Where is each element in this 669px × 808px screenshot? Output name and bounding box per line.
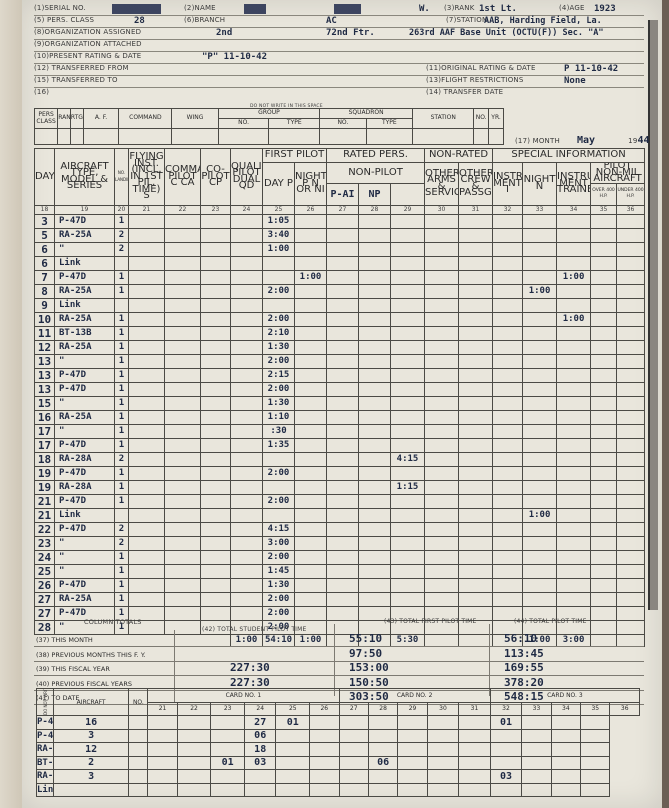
log-rated-np: 4:15 [391,452,425,466]
column-number-row: 18 19 20 21 22 23 24 25 26 27 28 29 30 3… [35,205,645,214]
first-pilot-time-label: (43) TOTAL FIRST PILOT TIME [384,618,477,625]
log-day-pilot [263,270,295,284]
log-day: 7 [35,270,55,284]
log-day-pilot: 1:30 [263,578,295,592]
transferred-to-label: (15) TRANSFERRED TO [34,76,118,84]
log-night-pilot [295,522,327,536]
log-day: 16 [35,410,55,424]
log-day-pilot: 1:30 [263,340,295,354]
log-day: 8 [35,284,55,298]
code-squadron-type: TYPE [366,119,412,129]
student-pilot-time: 227:30 [230,676,270,689]
card-col-number: 28 [368,702,397,716]
log-aircraft: " [55,536,115,550]
log-instrument-trainer: 1:00 [557,270,591,284]
log-night [523,340,557,354]
log-instrument-trainer [557,326,591,340]
th-pilot-non-mil: PILOT NON-MIL AIRCRAFT [591,163,645,184]
flight-log-row: 21P-47D12:00 [35,494,645,508]
log-day: 17 [35,438,55,452]
log-night [523,214,557,228]
card-row: Link [37,783,640,797]
code-pers-class: PERS CLASS [35,109,58,129]
log-night [523,242,557,256]
org-assigned-label: (8)ORGANIZATION ASSIGNED [34,28,141,36]
log-aircraft: P-47D [55,522,115,536]
log-night-pilot [295,214,327,228]
log-night [523,494,557,508]
log-landings: 1 [115,564,129,578]
flight-log-row: 10RA-25A12:001:00 [35,312,645,326]
log-rated-np [391,312,425,326]
log-day-pilot: 1:00 [263,242,295,256]
flight-log-row: 13P-47D12:15 [35,368,645,382]
card-rows: P-47D16270101P-47D306RA-25A1218BT-13B201… [37,716,640,797]
card-c25 [244,770,276,784]
code-yr: YR. [489,109,504,129]
log-instrument [493,592,523,606]
card-no: 3 [53,770,129,784]
flight-log-row: 13"12:00 [35,354,645,368]
log-day-pilot: 2:15 [263,368,295,382]
card-c33 [490,783,522,797]
log-day-pilot: 4:15 [263,522,295,536]
log-night [523,312,557,326]
log-day: 10 [35,312,55,326]
card-c24 [211,743,245,757]
log-aircraft: " [55,242,115,256]
log-rated-np [391,326,425,340]
log-night [523,396,557,410]
th-over-400: OVER 400 H.P. [591,183,617,205]
code-command: COMMAND [119,109,172,129]
th-other-crew: OTHER CREW & PASSGR [459,163,493,206]
flight-restrictions-value: None [564,76,586,86]
log-landings: 1 [115,354,129,368]
first-pilot-time: 150:50 [349,676,389,689]
pers-class-label: (5) PERS. CLASS [34,16,94,24]
log-instrument-trainer: 1:00 [557,312,591,326]
log-aircraft: P-47D [55,494,115,508]
log-landings: 2 [115,242,129,256]
log-night-pilot [295,606,327,620]
card-col-number: 27 [339,702,368,716]
log-rated-np [391,550,425,564]
total-pilot-time: 113:45 [504,647,544,660]
card1-label: CARD NO. 1 [148,689,339,703]
card-c29: 06 [368,756,397,770]
flight-log-row: 23"23:00 [35,536,645,550]
log-night [523,298,557,312]
log-instrument [493,452,523,466]
flight-log-row: 7P-47D11:001:00 [35,270,645,284]
log-night-pilot [295,592,327,606]
cards-side-label: DO NOT WRITE IN THIS SPACE [37,689,54,716]
log-instrument [493,354,523,368]
card-c26 [276,729,310,743]
log-day: 21 [35,494,55,508]
flight-log-row: 24"12:00 [35,550,645,564]
item16-label: (16) [34,88,49,96]
flight-log-row: 15"11:30 [35,396,645,410]
log-night-pilot [295,536,327,550]
flight-log-row: 16RA-25A11:10 [35,410,645,424]
log-instrument-trainer [557,298,591,312]
log-instrument-trainer [557,494,591,508]
th-landings: NO. LANDINGS [115,149,129,206]
log-day-pilot: 2:00 [263,354,295,368]
org-assigned-value: 2nd [216,28,232,38]
code-squadron: SQUADRON [320,109,413,119]
log-landings: 1 [115,284,129,298]
transferred-from-label: (12) TRANSFERRED FROM [34,64,129,72]
card-c25: 27 [244,716,276,730]
log-day-pilot: 2:00 [263,592,295,606]
log-instrument-trainer [557,340,591,354]
log-night-pilot [295,424,327,438]
log-instrument-trainer [557,466,591,480]
log-day: 15 [35,396,55,410]
log-night-pilot [295,242,327,256]
log-instrument [493,522,523,536]
totals-row: (38) PREVIOUS MONTHS THIS F. Y.97:50113:… [34,647,644,662]
log-aircraft: P-47D [55,368,115,382]
log-night-pilot [295,340,327,354]
log-aircraft: Link [55,256,115,270]
log-instrument [493,396,523,410]
first-pilot-time: 55:10 [349,632,382,645]
log-aircraft: P-47D [55,466,115,480]
code-wing: WING [172,109,218,129]
org-attached-label: (9)ORGANIZATION ATTACHED [34,40,142,48]
log-landings: 1 [115,550,129,564]
name-label: (2)NAME [184,4,216,12]
log-night [523,578,557,592]
log-day-pilot: 2:00 [263,382,295,396]
card-no [53,783,129,797]
th-night-p: NIGHT P N OR NI [295,163,327,206]
log-landings: 2 [115,536,129,550]
serial-value: O-XXXXXXX [112,4,161,14]
log-night-pilot [295,368,327,382]
code-rank: RANK [58,109,71,129]
log-night [523,438,557,452]
flight-log-row: 27RA-25A12:00 [35,592,645,606]
card-row: BT-13B2010306 [37,756,640,770]
log-rated-np [391,578,425,592]
log-instrument-trainer [557,382,591,396]
code-block: PERS CLASS RANK RTG A. F. COMMAND WING G… [34,108,504,145]
log-night [523,452,557,466]
log-rated-np [391,340,425,354]
log-instrument-trainer [557,452,591,466]
log-instrument [493,214,523,228]
log-rated-np [391,256,425,270]
th-under-400: UNDER 400 H.P. [617,183,645,205]
log-landings: 1 [115,270,129,284]
card-c24 [211,783,245,797]
log-rated-np [391,536,425,550]
log-landings: 2 [115,452,129,466]
card-col-number: 31 [459,702,491,716]
th-instrument: INSTRU-MENT I [493,163,523,206]
th-day-p: DAY P [263,163,295,206]
log-aircraft: RA-28A [55,480,115,494]
log-rated-np [391,592,425,606]
log-aircraft: RA-28A [55,452,115,466]
log-landings [115,508,129,522]
log-day-pilot: 1:10 [263,410,295,424]
log-day: 27 [35,606,55,620]
log-night [523,522,557,536]
log-instrument-trainer [557,228,591,242]
log-day-pilot: 2:00 [263,494,295,508]
totals-row: (37) THIS MONTH55:1056:10 [34,632,644,647]
cards-no-label: NO. [129,689,148,716]
log-aircraft: P-47D [55,214,115,228]
card-row: RA-25A1218 [37,743,640,757]
card-c33 [490,743,522,757]
log-landings [115,298,129,312]
log-instrument [493,508,523,522]
log-day-pilot: :30 [263,424,295,438]
th-qualified-pilot: QUALIFIED PILOT DUAL QD [231,149,263,206]
log-landings [115,256,129,270]
flight-log-row: 6"21:00 [35,242,645,256]
log-aircraft: RA-25A [55,228,115,242]
log-day-pilot [263,508,295,522]
log-night: 1:00 [523,508,557,522]
total-pilot-time: 169:55 [504,661,544,674]
log-day-pilot: 2:00 [263,312,295,326]
log-aircraft: " [55,564,115,578]
log-rated-np [391,270,425,284]
log-rated-np [391,298,425,312]
log-day: 27 [35,592,55,606]
log-day: 21 [35,508,55,522]
log-instrument [493,270,523,284]
log-instrument-trainer [557,368,591,382]
log-aircraft: " [55,424,115,438]
card-no: 12 [53,743,129,757]
log-night-pilot [295,284,327,298]
do-not-write-note: DO NOT WRITE IN THIS SPACE [250,104,323,109]
log-rated-np [391,396,425,410]
log-night-pilot [295,466,327,480]
flight-log-row: 6Link [35,256,645,270]
flight-log-row: 25"11:45 [35,564,645,578]
log-night: 1:00 [523,284,557,298]
log-rated-np [391,382,425,396]
flight-log-row: 26P-47D11:30 [35,578,645,592]
log-night [523,256,557,270]
log-night-pilot [295,508,327,522]
log-instrument [493,368,523,382]
log-aircraft: Link [55,298,115,312]
log-landings: 1 [115,466,129,480]
branch-value: AC [326,16,337,26]
total-pilot-time: 56:10 [504,632,537,645]
log-instrument-trainer [557,550,591,564]
card-c24 [211,770,245,784]
th-aircraft: AIRCRAFT TYPE, MODEL & SERIES [55,149,115,206]
log-rated-np [391,424,425,438]
code-group-no: NO. [218,119,269,129]
log-instrument-trainer [557,564,591,578]
present-rating-value: "P" 11-10-42 [202,52,267,62]
log-instrument [493,550,523,564]
log-day: 24 [35,550,55,564]
log-rated-np [391,284,425,298]
log-aircraft: RA-25A [55,592,115,606]
log-day-pilot: 3:40 [263,228,295,242]
totals-row: (39) THIS FISCAL YEAR227:30153:00169:55 [34,661,644,676]
th-night: NIGHT N [523,163,557,206]
student-pilot-time: 227:30 [230,661,270,674]
log-landings: 1 [115,214,129,228]
log-day: 17 [35,424,55,438]
log-night-pilot [295,312,327,326]
log-landings: 1 [115,382,129,396]
totals-row-label: (38) PREVIOUS MONTHS THIS F. Y. [36,651,146,659]
log-day: 19 [35,466,55,480]
flight-restrictions-label: (13)FLIGHT RESTRICTIONS [426,76,524,84]
log-night [523,536,557,550]
log-instrument-trainer [557,480,591,494]
flight-log-row: 22P-47D24:15 [35,522,645,536]
log-day-pilot [263,480,295,494]
log-instrument [493,466,523,480]
log-aircraft: RA-25A [55,312,115,326]
log-instrument [493,256,523,270]
log-rated-np [391,522,425,536]
log-rated-np [391,564,425,578]
log-day: 25 [35,564,55,578]
card-c29 [368,783,397,797]
log-night-pilot [295,354,327,368]
code-group: GROUP [218,109,319,119]
log-night [523,480,557,494]
log-night [523,592,557,606]
log-night-pilot [295,550,327,564]
card-aircraft: RA-25A [37,743,54,757]
log-night [523,424,557,438]
log-aircraft: RA-25A [55,340,115,354]
pers-class-value: 28 [134,16,145,26]
log-night [523,410,557,424]
log-instrument-trainer [557,396,591,410]
log-instrument-trainer [557,438,591,452]
card-c29 [368,743,397,757]
flight-log-row: 8RA-25A12:001:00 [35,284,645,298]
card-aircraft: BT-13B [37,756,54,770]
log-day: 13 [35,368,55,382]
log-day-pilot: 2:00 [263,284,295,298]
log-instrument [493,312,523,326]
present-rating-label: (10)PRESENT RATING & DATE [34,52,141,60]
card-c26: 01 [276,716,310,730]
card-c26 [276,756,310,770]
log-instrument [493,410,523,424]
th-first-pilot: FIRST PILOT [263,149,327,163]
log-landings: 1 [115,396,129,410]
code-rtg: RTG [70,109,83,129]
log-night-pilot [295,298,327,312]
flight-log-row: 5RA-25A23:40 [35,228,645,242]
card-col-number: 32 [490,702,522,716]
log-instrument-trainer [557,508,591,522]
log-landings: 1 [115,312,129,326]
flight-log-row: 17P-47D11:35 [35,438,645,452]
log-rated-np [391,438,425,452]
log-rated-np [391,466,425,480]
log-night [523,270,557,284]
card-col-number: 36 [610,702,640,716]
log-aircraft: P-47D [55,438,115,452]
station-value: AAB, Harding Field, La. [484,16,602,26]
log-aircraft: P-47D [55,382,115,396]
log-night [523,326,557,340]
log-instrument-trainer [557,592,591,606]
log-day: 6 [35,242,55,256]
log-day: 13 [35,354,55,368]
log-instrument [493,438,523,452]
log-aircraft: " [55,354,115,368]
flight-log-row: 9Link [35,298,645,312]
log-night-pilot [295,326,327,340]
log-night-pilot [295,410,327,424]
log-day: 5 [35,228,55,242]
log-instrument-trainer [557,242,591,256]
log-night [523,368,557,382]
log-night [523,564,557,578]
log-aircraft: " [55,550,115,564]
card-c24: 01 [211,756,245,770]
log-night-pilot [295,382,327,396]
month-field: (17) MONTH May 1944 [515,128,650,147]
log-aircraft: BT-13B [55,326,115,340]
log-landings: 2 [115,522,129,536]
code-group-type: TYPE [269,119,320,129]
card-c33 [490,756,522,770]
card-c33: 03 [490,770,522,784]
log-night [523,228,557,242]
log-instrument [493,564,523,578]
card-c25: 18 [244,743,276,757]
log-instrument-trainer [557,536,591,550]
code-station: STATION [413,109,474,129]
log-day: 26 [35,578,55,592]
totals-row-label: (40) PREVIOUS FISCAL YEARS [36,680,132,688]
th-non-pilot: NON-PILOT [327,163,425,184]
cards-aircraft-label: AIRCRAFT [53,689,129,716]
log-instrument-trainer [557,354,591,368]
log-rated-np [391,354,425,368]
card-row: P-47D306 [37,729,640,743]
first-pilot-time: 97:50 [349,647,382,660]
th-day: DAY [35,149,55,206]
log-day-pilot: 2:00 [263,606,295,620]
log-instrument [493,242,523,256]
log-night [523,382,557,396]
name-first: XXXXX [334,4,361,14]
log-day: 22 [35,522,55,536]
card-col-number: 30 [427,702,459,716]
log-landings: 2 [115,228,129,242]
log-instrument [493,340,523,354]
log-day: 12 [35,340,55,354]
log-night [523,354,557,368]
